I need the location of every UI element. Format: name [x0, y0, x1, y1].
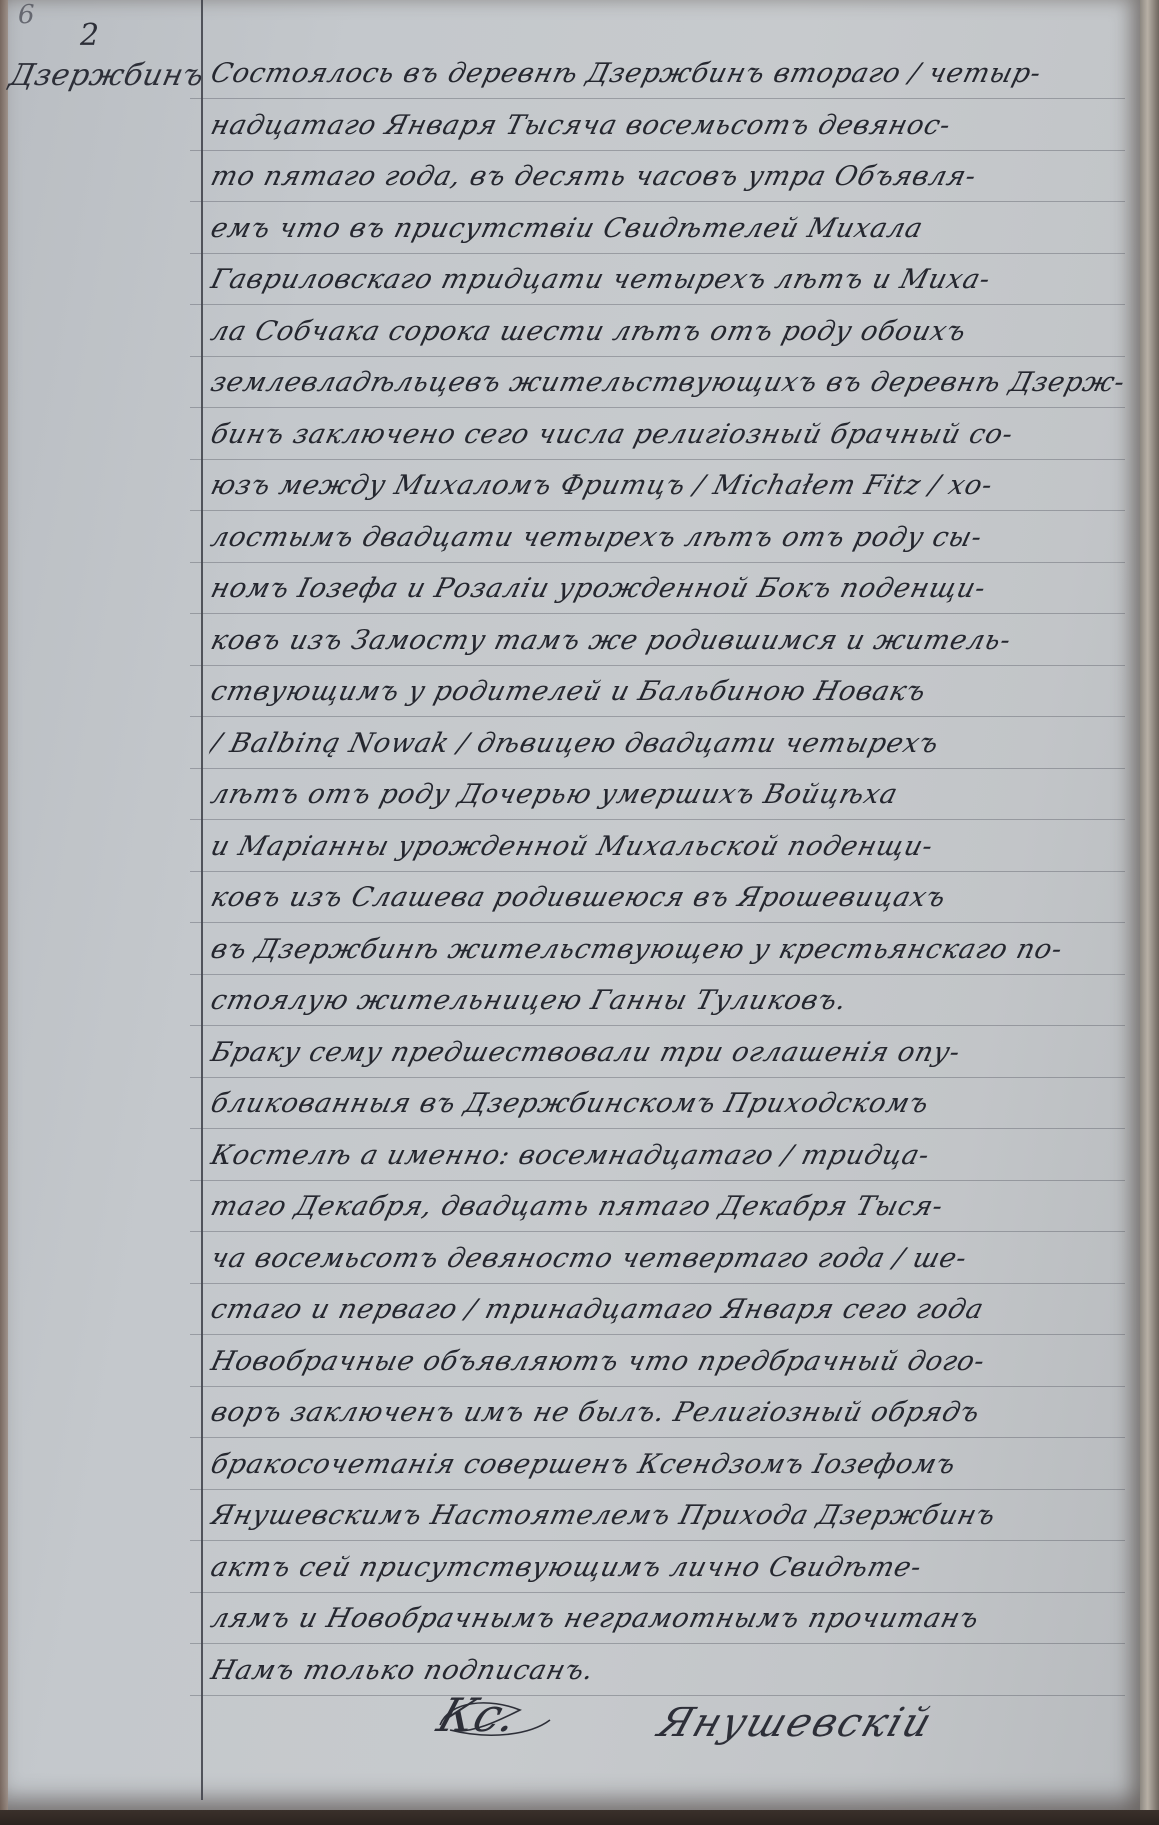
record-line: лостымъ двадцати четырехъ лѣтъ отъ роду …	[205, 512, 1143, 564]
register-page: 6 2 Дзержбинъ Состоялось въ деревнѣ Дзер…	[0, 0, 1140, 1810]
page-number: 6	[18, 0, 35, 30]
record-line: въ Дзержбинѣ жительствующею у крестьянск…	[205, 924, 1143, 976]
record-line: лямъ и Новобрачнымъ неграмотнымъ прочита…	[205, 1593, 1143, 1645]
page-edge-right	[1140, 0, 1159, 1825]
record-line: ча восемьсотъ девяносто четвертаго года …	[205, 1233, 1143, 1285]
record-number: 2	[80, 18, 99, 53]
record-line: ковъ изъ Слашева родившеюся въ Ярошевица…	[205, 872, 1143, 924]
priest-signature: Янушевскій	[653, 1700, 939, 1746]
record-line: Гавриловскаго тридцати четырехъ лѣтъ и М…	[205, 254, 1143, 306]
record-line: лѣтъ отъ роду Дочерью умершихъ Войцѣха	[205, 769, 1143, 821]
record-line: номъ Іозефа и Розаліи урожденной Бокъ по…	[205, 563, 1143, 615]
record-line: Намъ только подписанъ.	[205, 1645, 1143, 1697]
record-line: стоялую жительницею Ганны Туликовъ.	[205, 975, 1143, 1027]
record-line: Костелѣ а именно: восемнадцатаго / тридц…	[205, 1130, 1143, 1182]
record-line: таго Декабря, двадцать пятаго Декабря Ты…	[205, 1181, 1143, 1233]
record-line: / Balbiną Nowak / дѣвицею двадцати четыр…	[205, 718, 1143, 770]
record-line: ствующимъ у родителей и Бальбиною Новакъ	[205, 666, 1143, 718]
margin-place-name: Дзержбинъ	[6, 58, 207, 93]
record-line: Браку сему предшествовали три оглашенія …	[205, 1027, 1143, 1079]
record-line: Новобрачные объявляютъ что предбрачный д…	[205, 1336, 1143, 1388]
record-line: юзъ между Михаломъ Фритцъ / Michałem Fit…	[205, 460, 1143, 512]
record-line: емъ что въ присутствіи Свидѣтелей Михала	[205, 203, 1143, 255]
record-line: бинъ заключено сего числа религіозный бр…	[205, 409, 1143, 461]
record-body: Состоялось въ деревнѣ Дзержбинъ втораго …	[205, 48, 1130, 1696]
margin-rule-line	[201, 0, 203, 1800]
record-line: актъ сей присутствующимъ лично Свидѣте-	[205, 1542, 1143, 1594]
record-line: Янушевскимъ Настоятелемъ Прихода Дзержби…	[205, 1490, 1143, 1542]
record-line: стаго и перваго / тринадцатаго Января се…	[205, 1284, 1143, 1336]
record-line: ковъ изъ Замосту тамъ же родившимся и жи…	[205, 615, 1143, 667]
record-line: ла Собчака сорока шести лѣтъ отъ роду об…	[205, 306, 1143, 358]
page-edge-bottom	[0, 1810, 1159, 1825]
record-line: воръ заключенъ имъ не былъ. Религіозный …	[205, 1387, 1143, 1439]
record-line: землевладѣльцевъ жительствующихъ въ дере…	[205, 357, 1143, 409]
record-line: бликованныя въ Дзержбинскомъ Приходскомъ	[205, 1078, 1143, 1130]
record-line: бракосочетанія совершенъ Ксендзомъ Іозеф…	[205, 1439, 1143, 1491]
record-line: надцатаго Января Тысяча восемьсотъ девян…	[205, 100, 1143, 152]
record-line: то пятаго года, въ десять часовъ утра Об…	[205, 151, 1143, 203]
record-line: и Маріанны урожденной Михальской поденщи…	[205, 821, 1143, 873]
record-line: Состоялось въ деревнѣ Дзержбинъ втораго …	[205, 48, 1143, 100]
left-binding-edge	[0, 0, 8, 1810]
